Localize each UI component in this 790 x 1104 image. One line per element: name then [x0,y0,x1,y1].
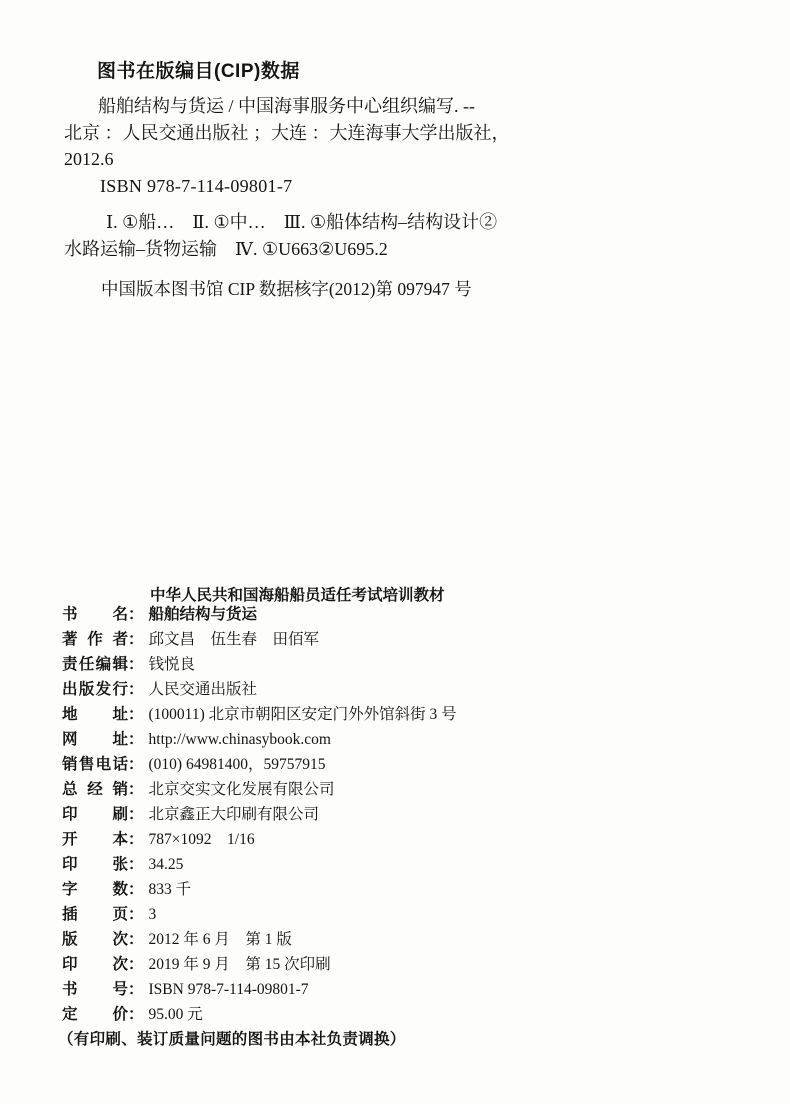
inserts-label: 插页 [62,902,128,927]
format-label: 开本 [62,827,128,852]
author-label: 著作者 [62,627,128,652]
word-count-row: 字数：833 千 [62,877,662,902]
label-colon: ： [128,777,144,802]
book-title-label: 书名 [62,602,128,627]
label-colon: ： [128,827,144,852]
colophon-table: 书名：船舶结构与货运 著作者：邱文昌 伍生春 田佰军 责任编辑：钱悦良 出版发行… [62,602,662,1027]
cip-classification-line-1: Ⅰ. ①船… Ⅱ. ①中… Ⅲ. ①船体结构–结构设计② [64,209,584,236]
edition-value: 2012 年 6 月 第 1 版 [149,927,292,952]
price-label: 定价 [62,1002,128,1027]
author-value: 邱文昌 伍生春 田佰军 [149,627,320,652]
edition-label: 版次 [62,927,128,952]
cip-paragraph-line-2: 北京 ：人民交通出版社 ；大连 ：大连海事大学出版社， [64,120,534,147]
printer-label: 印刷 [62,802,128,827]
sales-phone-value: (010) 64981400，59757915 [149,752,326,777]
author-row: 著作者：邱文昌 伍生春 田佰军 [62,627,662,652]
cip-heading: 图书在版编目(CIP)数据 [97,56,300,83]
website-row: 网址：http://www.chinasybook.com [62,727,662,752]
cip-isbn-line: ISBN 978-7-114-09801-7 [100,173,292,199]
printed-sheets-label: 印张 [62,852,128,877]
sales-phone-row: 销售电话：(010) 64981400，59757915 [62,752,662,777]
book-number-label: 书号 [62,977,128,1002]
editor-row: 责任编辑：钱悦良 [62,652,662,677]
label-colon: ： [128,702,144,727]
cip-classification: Ⅰ. ①船… Ⅱ. ①中… Ⅲ. ①船体结构–结构设计② 水路运输–货物运输 Ⅳ… [64,209,584,262]
cip-record-line: 中国版本图书馆 CIP 数据核字(2012)第 097947 号 [101,276,472,302]
printer-value: 北京鑫正大印刷有限公司 [149,802,320,827]
impression-row: 印次：2019 年 9 月 第 15 次印刷 [62,952,662,977]
format-row: 开本：787×1092 1/16 [62,827,662,852]
price-value: 95.00 元 [149,1002,203,1027]
format-value: 787×1092 1/16 [149,827,255,852]
edition-row: 版次：2012 年 6 月 第 1 版 [62,927,662,952]
price-row: 定价：95.00 元 [62,1002,662,1027]
label-colon: ： [128,602,144,627]
cip-paragraph-line-3: 2012.6 [64,146,534,173]
book-title-row: 书名：船舶结构与货运 [62,602,662,627]
distributor-value: 北京交实文化发展有限公司 [149,777,335,802]
label-colon: ： [128,902,144,927]
website-value: http://www.chinasybook.com [149,727,331,752]
label-colon: ： [128,927,144,952]
label-colon: ： [128,677,144,702]
label-colon: ： [128,877,144,902]
cip-classification-line-2: 水路运输–货物运输 Ⅳ. ①U663②U695.2 [64,236,584,263]
cip-paragraph-line-1: 船舶结构与货运 / 中国海事服务中心组织编写. -- [64,93,534,120]
label-colon: ： [128,652,144,677]
label-colon: ： [128,977,144,1002]
printer-row: 印刷：北京鑫正大印刷有限公司 [62,802,662,827]
inserts-row: 插页：3 [62,902,662,927]
book-number-row: 书号：ISBN 978-7-114-09801-7 [62,977,662,1002]
word-count-value: 833 千 [149,877,192,902]
quality-exchange-note: （有印刷、装订质量问题的图书由本社负责调换） [58,1027,406,1049]
label-colon: ： [128,627,144,652]
address-row: 地址：(100011) 北京市朝阳区安定门外外馆斜街 3 号 [62,702,662,727]
book-title-value: 船舶结构与货运 [149,602,258,627]
impression-label: 印次 [62,952,128,977]
address-value: (100011) 北京市朝阳区安定门外外馆斜街 3 号 [149,702,457,727]
sales-phone-label: 销售电话 [62,752,128,777]
label-colon: ： [128,752,144,777]
cip-paragraph: 船舶结构与货运 / 中国海事服务中心组织编写. -- 北京 ：人民交通出版社 ；… [64,93,534,173]
label-colon: ： [128,727,144,752]
word-count-label: 字数 [62,877,128,902]
inserts-value: 3 [149,902,157,927]
book-number-value: ISBN 978-7-114-09801-7 [149,977,309,1002]
impression-value: 2019 年 9 月 第 15 次印刷 [149,952,331,977]
publisher-value: 人民交通出版社 [149,677,258,702]
publisher-label: 出版发行 [62,677,128,702]
printed-sheets-value: 34.25 [149,852,184,877]
distributor-label: 总经销 [62,777,128,802]
address-label: 地址 [62,702,128,727]
label-colon: ： [128,802,144,827]
label-colon: ： [128,852,144,877]
publisher-row: 出版发行：人民交通出版社 [62,677,662,702]
distributor-row: 总经销：北京交实文化发展有限公司 [62,777,662,802]
label-colon: ： [128,1002,144,1027]
editor-value: 钱悦良 [149,652,196,677]
website-label: 网址 [62,727,128,752]
label-colon: ： [128,952,144,977]
book-copyright-page: 图书在版编目(CIP)数据 船舶结构与货运 / 中国海事服务中心组织编写. --… [0,0,790,1104]
editor-label: 责任编辑 [62,652,128,677]
printed-sheets-row: 印张：34.25 [62,852,662,877]
